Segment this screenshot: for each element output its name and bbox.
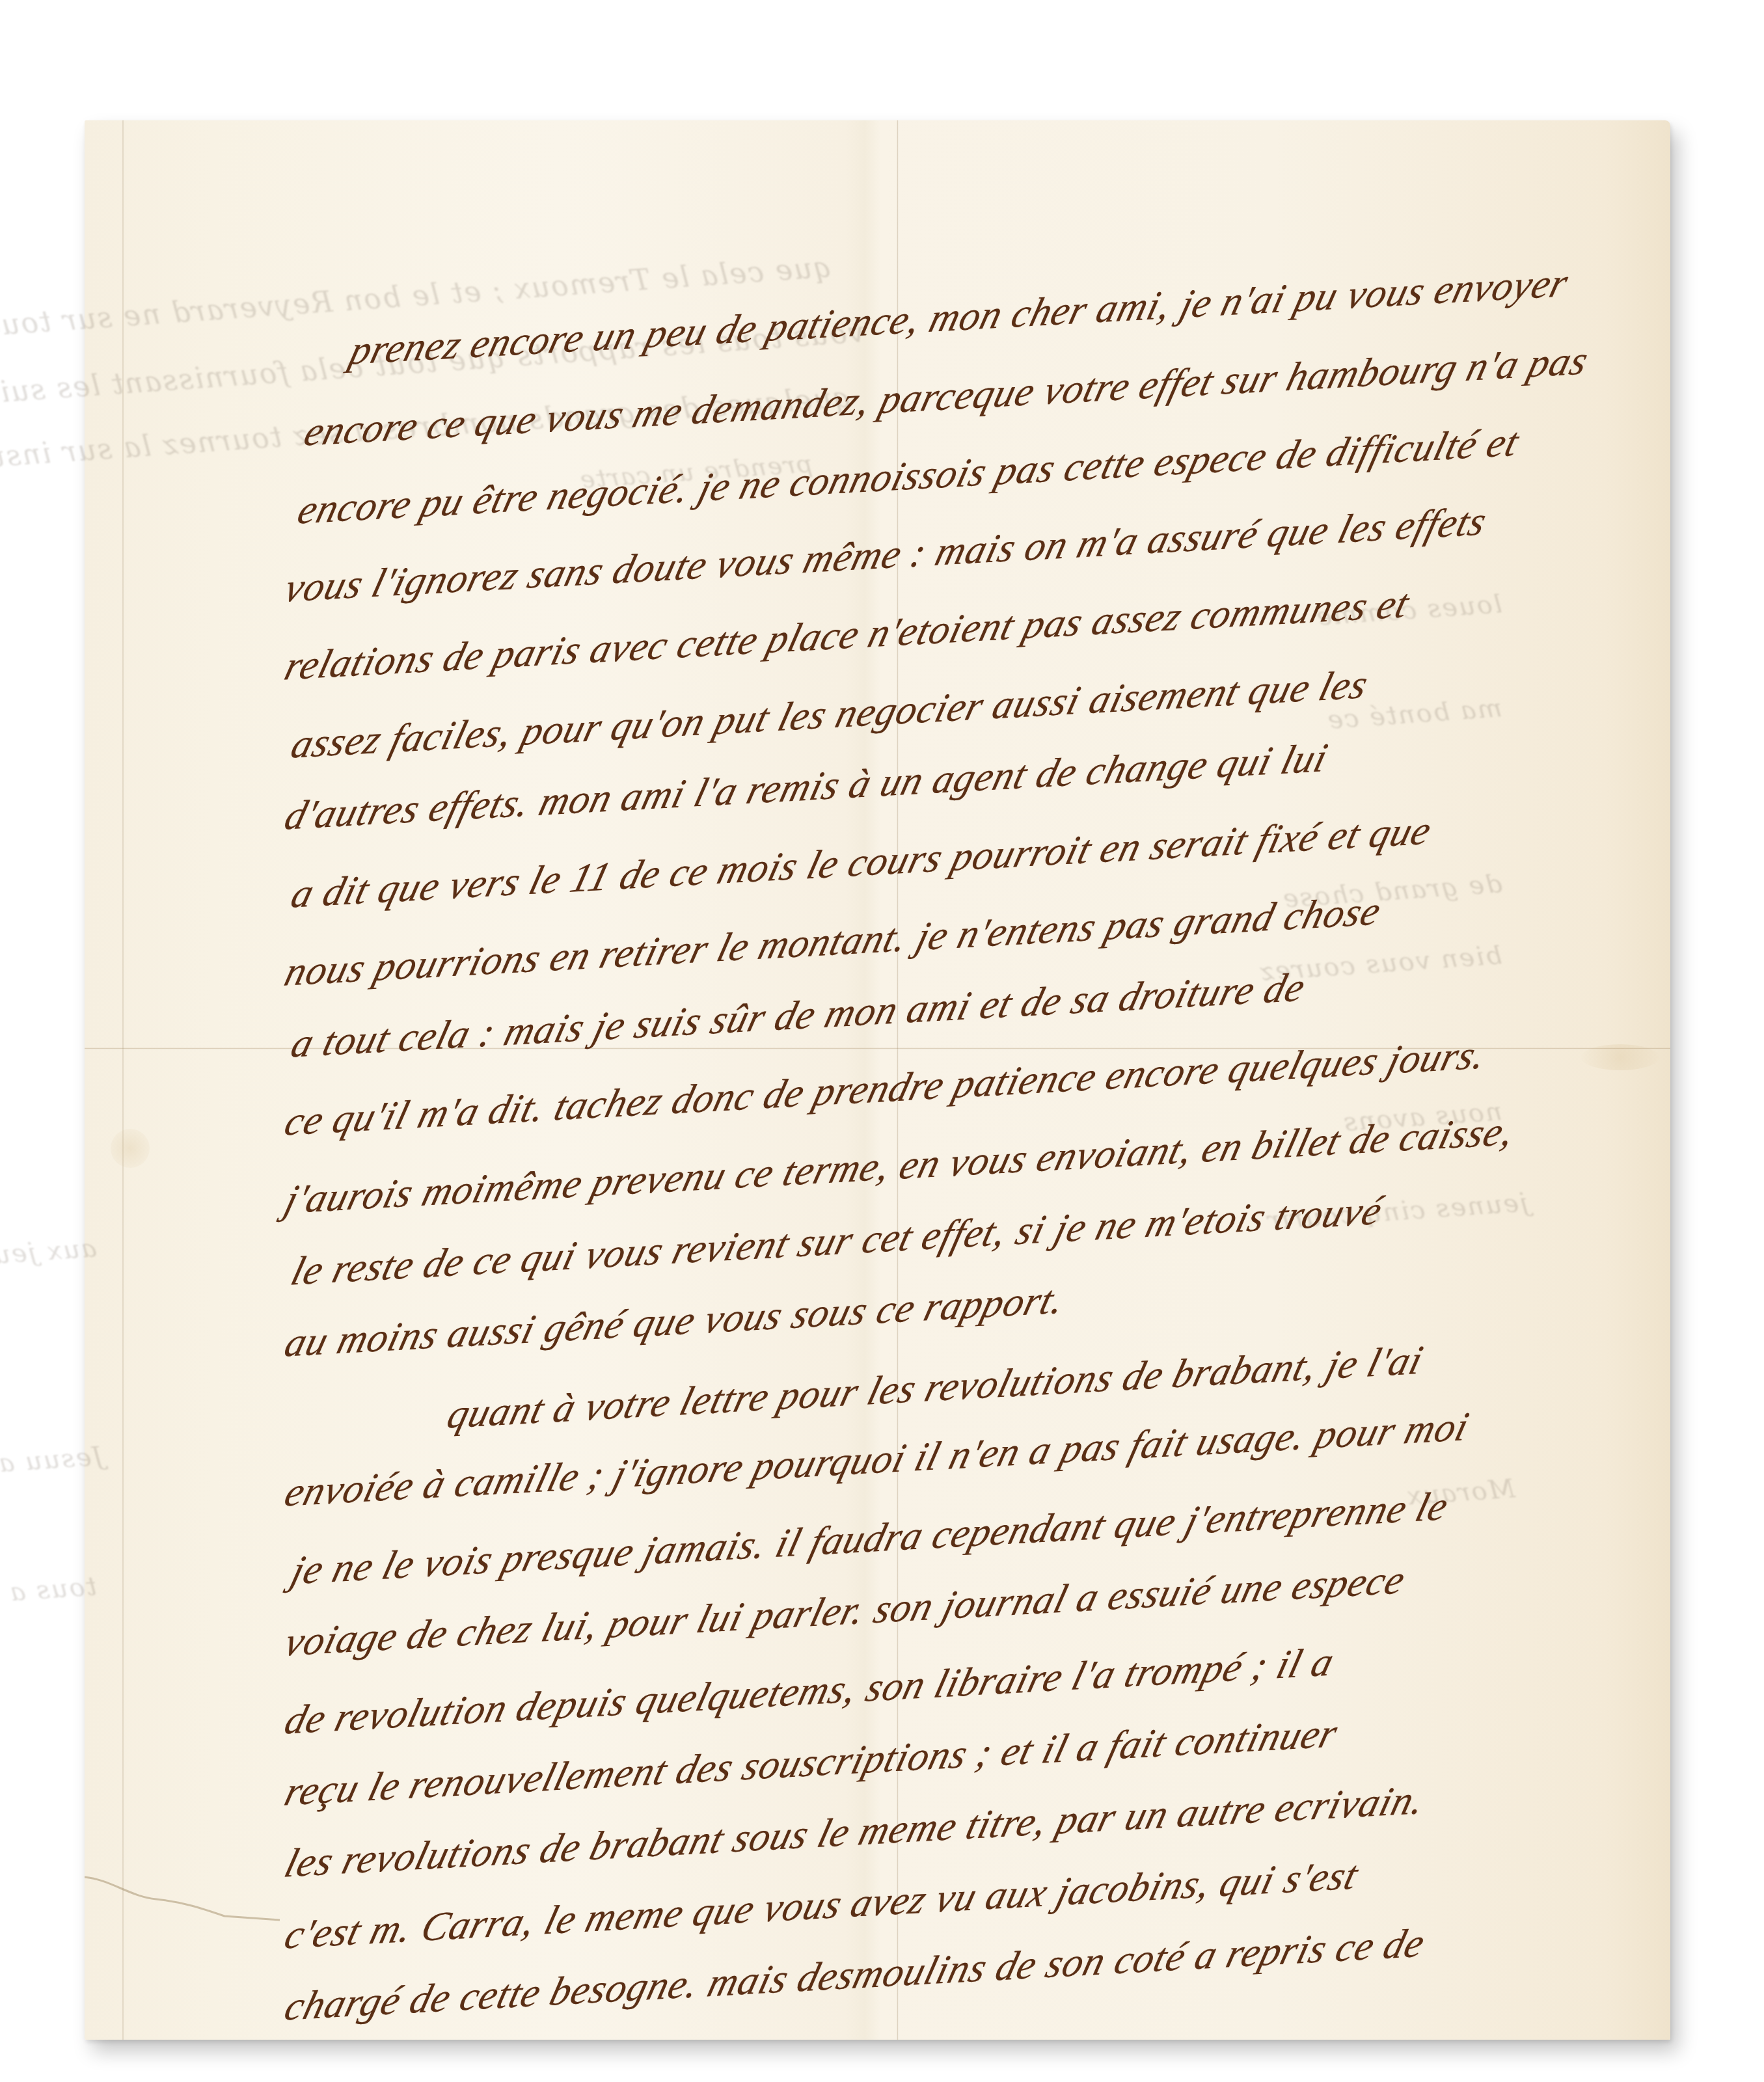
paper-stain (1581, 1044, 1659, 1070)
margin-bleed-text: aux jeunes (0, 1233, 98, 1273)
paper-tear-mark (85, 1871, 286, 1923)
margin-bleed-text: Jesuu a leste (0, 1441, 104, 1484)
paper-edge-line (122, 120, 124, 2040)
paper-stain (111, 1129, 150, 1168)
letter-line: au moins aussi gêné que vous sous ce rap… (280, 1277, 1070, 1367)
letter-sheet: que cela le Tremoux ; et le bon Reyverar… (85, 120, 1670, 2040)
margin-bleed-text: tous a cegarde (0, 1571, 98, 1616)
